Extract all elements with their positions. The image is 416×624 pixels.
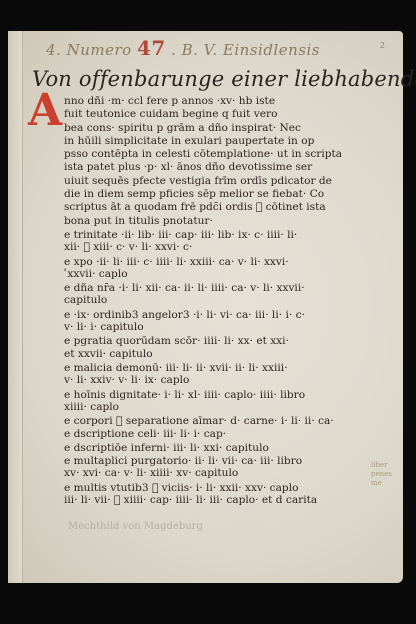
entry-line: De malicia demonū· iii· li· ii· xvii· ii… (64, 361, 349, 374)
entry-line: v· li· i· capitulo (64, 321, 349, 334)
entry-line: De pgratia quorūdam scōr· iiii· li· xx· … (64, 334, 349, 347)
entry-line: De trinitate ·ii· lib· iii· cap· iii· li… (64, 228, 349, 241)
shelfmark: 4. Numero 47 . B. V. Einsidlensis (46, 36, 320, 60)
entry-line: De xpo ·ii· li· iii· c· iiii· li· xxiii·… (64, 255, 349, 268)
decorated-initial: A (28, 89, 62, 133)
text-line: scriptus āt a quodam frē pdc̄i ordis ᷑ c… (64, 201, 349, 214)
entry-line: De dscriptione celi· iii· li· i· cap· (64, 427, 349, 440)
text-line: psso contēpta in celesti cōtemplatione· … (64, 148, 349, 161)
entry-line: De hoīnis dignitate· i· li· xl· iiii· ca… (64, 388, 349, 401)
text-line: bona put in titulis pnotatur· (64, 215, 349, 228)
entry-line: et xxvii· capitulo (64, 348, 349, 361)
manuscript-page: 4. Numero 47 . B. V. Einsidlensis 2 Von … (8, 31, 403, 583)
shelfmark-number: 47 (137, 36, 166, 60)
entry-line: xiiii· caplo (64, 401, 349, 414)
text-line: die in diem semp pficies sēp melior se f… (64, 188, 349, 201)
entry-line: xii· ᷑ xiii· c· v· li· xxvi· c· (64, 241, 349, 254)
margin-annotation: liber penes me (371, 461, 391, 488)
text-line: ista patet plus ·p· xl· ānos dño devotis… (64, 161, 349, 174)
entry-line: De dña nr̄a ·i· li· xii· ca· ii· li· iii… (64, 281, 349, 294)
binding-gutter (8, 31, 23, 583)
text-line: bea cons· spiritu p grām a dño inspirat·… (64, 122, 349, 135)
entry-line: ᷑ xxvii· caplo (64, 268, 349, 281)
entry-line: De ·ix· ordinib3 angelor3 ·i· li· vi· ca… (64, 308, 349, 321)
entry-line: De corpori ᷑ separatione aīmar· d· carne… (64, 414, 349, 427)
entry-line: De dscriptiōe inferni· iii· li· xxi· cap… (64, 441, 349, 454)
entry-line: De multaplici purgatorio· ii· li· vii· c… (64, 454, 349, 467)
text-line: uiuit sequēs pfecte vestigia frīm ordīs … (64, 175, 349, 188)
text-line: nno dñi ·m· ccl fere p annos ·xv· hb ist… (64, 95, 349, 108)
shelfmark-suffix: . B. V. Einsidlensis (171, 41, 320, 59)
entry-line: v· li· xxiv· v· li· ix· caplo (64, 374, 349, 387)
entry-line: De multis vtutib3 ᷑ viciis· i· li· xxii·… (64, 481, 349, 494)
text-line: in hūili simplicitate in exulari paupert… (64, 135, 349, 148)
entry-line: capitulo (64, 294, 349, 307)
text-block: A nno dñi ·m· ccl fere p annos ·xv· hb i… (64, 95, 349, 507)
entry-line: xv· xvi· ca· v· li· xiiii· xv· capitulo (64, 467, 349, 480)
folio-number: 2 (380, 41, 385, 50)
pencil-annotation: Mechthild von Magdeburg (68, 521, 203, 532)
text-line: fuit teutonice cuidam begine q fuit vero (64, 108, 349, 121)
entry-line: iii· li· vii· ᷑ xiiii· cap· iiii· li· ii… (64, 494, 349, 507)
shelfmark-prefix: 4. Numero (46, 41, 132, 59)
page-title: Von offenbarunge einer liebhabende Seel (32, 67, 416, 91)
